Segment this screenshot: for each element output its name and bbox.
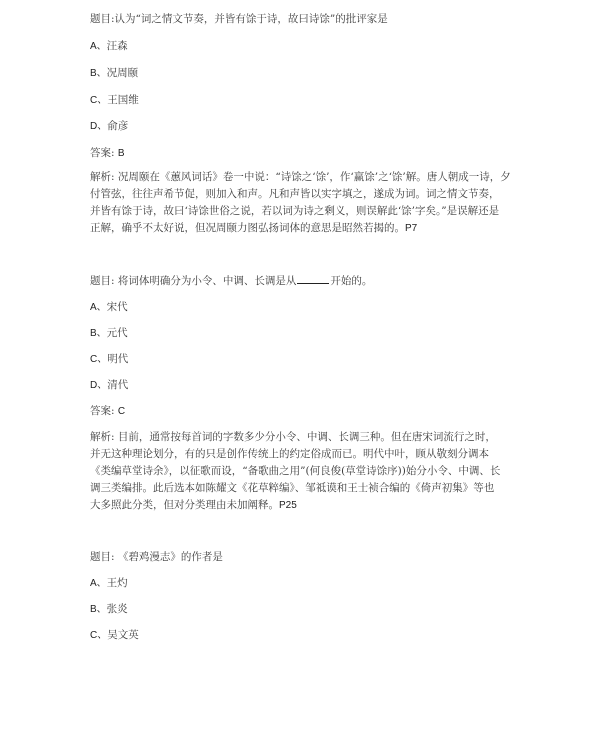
option-text: 宋代 (107, 301, 128, 313)
document-page: 题目:认为“词之情文节奏，并皆有馀于诗，故曰诗馀”的批评家是 A、汪森 B、况周… (0, 0, 612, 732)
page-reference: P7 (405, 223, 417, 234)
option-c: C、明代 (90, 352, 128, 367)
option-letter: C、 (90, 354, 107, 365)
answer: 答案: C (90, 404, 125, 419)
option-c: C、吴文英 (90, 628, 139, 643)
page-reference: P25 (279, 500, 297, 511)
question-title: 题目: 《碧鸡漫志》的作者是 (90, 550, 223, 564)
option-text: 明代 (107, 353, 128, 365)
explanation-line: 并皆有馀于诗，故曰‘诗馀世俗之说，若以词为诗之剩义，则误解此‘馀’字矣。”是误解… (90, 203, 522, 220)
option-text: 王灼 (107, 577, 128, 589)
option-text: 张炎 (107, 603, 128, 615)
answer-label: 答案: (90, 147, 115, 159)
option-text: 况周颐 (107, 67, 139, 79)
option-d: D、清代 (90, 378, 128, 393)
option-text: 王国维 (107, 94, 139, 106)
option-a: A、王灼 (90, 576, 128, 591)
answer-label: 答案: (90, 405, 115, 417)
option-letter: B、 (90, 604, 107, 615)
answer-value: C (118, 406, 125, 417)
question-title: 题目: 将词体明确分为小令、中调、长调是从开始的。 (90, 273, 372, 288)
option-a: A、汪森 (90, 39, 128, 54)
option-b: B、况周颐 (90, 66, 138, 81)
option-letter: D、 (90, 380, 107, 391)
explanation-line: 付管弦，往往声希节促，则加入和声。凡和声皆以实字填之，遂成为词。词之情文节奏， (90, 186, 522, 203)
option-letter: B、 (90, 68, 107, 79)
option-text: 元代 (107, 327, 128, 339)
option-letter: D、 (90, 121, 107, 132)
option-letter: C、 (90, 630, 107, 641)
explanation-line: 解析: 目前，通常按每首词的字数多少分小令、中调、长调三种。但在唐宋词流行之时， (90, 429, 522, 446)
explanation-line: 解析: 况周颐在《蕙风词话》卷一中说：“诗馀之‘馀’，作‘赢馀’之‘馀’解。唐人… (90, 169, 522, 186)
option-letter: A、 (90, 302, 107, 313)
explanation-line: 调三类编排。此后选本如陈耀文《花草粹编》、邹祗谟和王士祯合编的《倚声初集》等也 (90, 480, 522, 497)
explanation-line: 大多照此分类，但对分类理由未加阐释。P25 (90, 497, 522, 514)
explanation-line: 并无这种理论划分，有的只是创作传统上的约定俗成而已。明代中叶，顾从敬刻分调本 (90, 446, 522, 463)
option-d: D、俞彦 (90, 119, 128, 134)
option-letter: C、 (90, 95, 107, 106)
option-text: 吴文英 (107, 629, 139, 641)
fill-in-blank (297, 273, 329, 284)
option-text: 汪森 (107, 40, 128, 52)
question-title: 题目:认为“词之情文节奏，并皆有馀于诗，故曰诗馀”的批评家是 (90, 12, 388, 26)
option-text: 清代 (107, 379, 128, 391)
answer-value: B (118, 148, 125, 159)
explanation: 解析: 况周颐在《蕙风词话》卷一中说：“诗馀之‘馀’，作‘赢馀’之‘馀’解。唐人… (90, 169, 522, 237)
option-a: A、宋代 (90, 300, 128, 315)
explanation-line: 正解，确乎不太好说，但况周颐力图弘扬词体的意思是昭然若揭的。P7 (90, 220, 522, 237)
option-c: C、王国维 (90, 93, 139, 108)
option-b: B、张炎 (90, 602, 128, 617)
option-letter: A、 (90, 41, 107, 52)
option-text: 俞彦 (107, 120, 128, 132)
answer: 答案: B (90, 146, 125, 161)
explanation: 解析: 目前，通常按每首词的字数多少分小令、中调、长调三种。但在唐宋词流行之时，… (90, 429, 522, 514)
option-letter: A、 (90, 578, 107, 589)
explanation-line: 《类编草堂诗余》，以征歌而设，“备歌曲之用”(何良俊(草堂诗馀序))始分小令、中… (90, 463, 522, 480)
option-b: B、元代 (90, 326, 128, 341)
option-letter: B、 (90, 328, 107, 339)
